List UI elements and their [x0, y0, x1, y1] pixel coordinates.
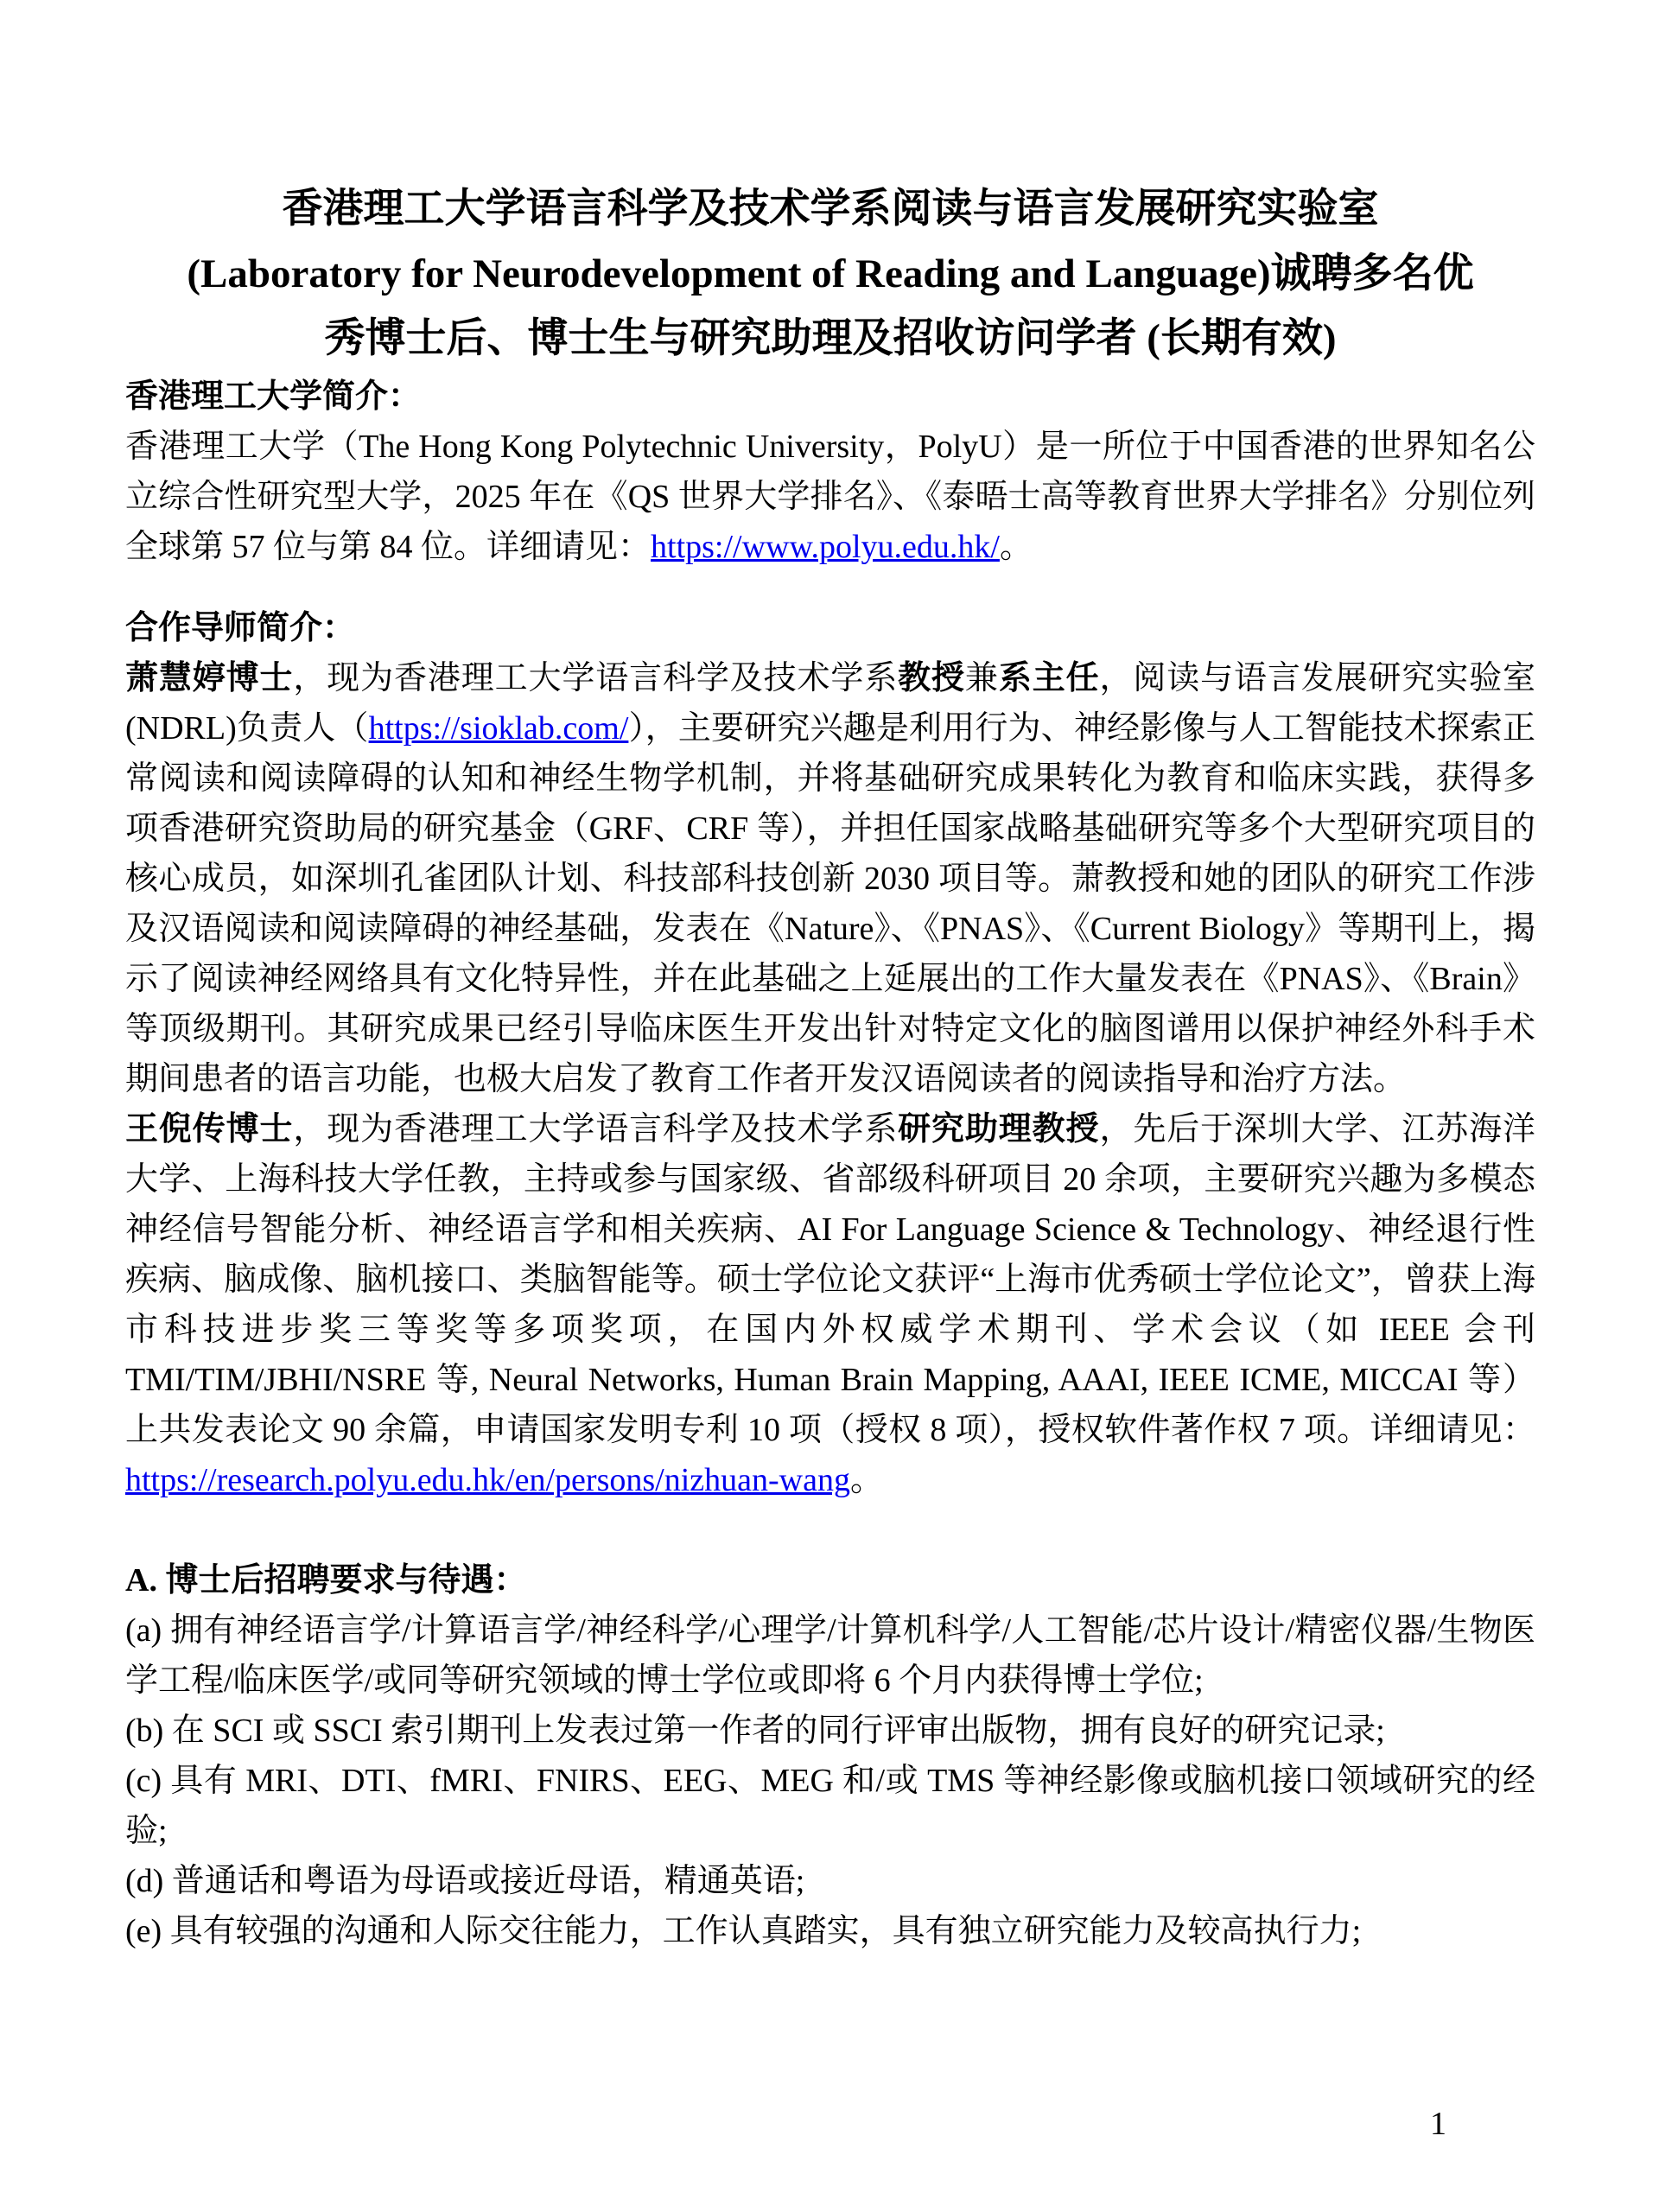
mentor-name-wang: 王倪传博士 [125, 1111, 293, 1147]
polyu-intro-period: 。 [1000, 529, 1033, 565]
paragraph-mentor-wang: 王倪传博士，现为香港理工大学语言科学及技术学系研究助理教授，先后于深圳大学、江苏… [125, 1104, 1535, 1505]
postdoc-item-b: (b) 在 SCI 或 SSCI 索引期刊上发表过第一作者的同行评审出版物，拥有… [125, 1706, 1535, 1756]
page-number: 1 [1430, 2105, 1446, 2143]
wang-text-2: ，先后于深圳大学、江苏海洋大学、上海科技大学任教，主持或参与国家级、省部级科研项… [125, 1111, 1535, 1448]
siok-title-professor: 教授 [898, 660, 965, 696]
postdoc-item-e: (e) 具有较强的沟通和人际交往能力，工作认真踏实，具有独立研究能力及较高执行力… [125, 1906, 1535, 1956]
postdoc-item-d: (d) 普通话和粤语为母语或接近母语，精通英语; [125, 1856, 1535, 1906]
siok-text-1: ，现为香港理工大学语言科学及技术学系 [293, 660, 898, 696]
link-polyu-website[interactable]: https://www.polyu.edu.hk/ [651, 529, 1000, 565]
postdoc-item-c: (c) 具有 MRI、DTI、fMRI、FNIRS、EEG、MEG 和/或 TM… [125, 1756, 1535, 1856]
section-heading-postdoc: A. 博士后招聘要求与待遇： [125, 1555, 1535, 1605]
title-line-1: 香港理工大学语言科学及技术学系阅读与语言发展研究实验室 [125, 177, 1535, 242]
section-heading-mentors: 合作导师简介： [125, 603, 1535, 653]
siok-text-2: 兼 [965, 660, 999, 696]
document-title: 香港理工大学语言科学及技术学系阅读与语言发展研究实验室(Laboratory f… [125, 177, 1535, 372]
postdoc-item-a: (a) 拥有神经语言学/计算语言学/神经科学/心理学/计算机科学/人工智能/芯片… [125, 1605, 1535, 1706]
wang-text-3: 。 [850, 1462, 883, 1498]
title-line-2: (Laboratory for Neurodevelopment of Read… [125, 242, 1535, 307]
paragraph-polyu-intro: 香港理工大学（The Hong Kong Polytechnic Univers… [125, 422, 1535, 572]
link-wang-profile[interactable]: https://research.polyu.edu.hk/en/persons… [125, 1462, 850, 1498]
section-heading-polyu-intro: 香港理工大学简介： [125, 372, 1535, 422]
mentor-name-siok: 萧慧婷博士 [125, 660, 293, 696]
siok-text-4: ），主要研究兴趣是利用行为、神经影像与人工智能技术探索正常阅读和阅读障碍的认知和… [125, 710, 1535, 1097]
link-sioklab[interactable]: https://sioklab.com/ [369, 710, 629, 747]
document-page: 香港理工大学语言科学及技术学系阅读与语言发展研究实验室(Laboratory f… [0, 0, 1659, 2212]
siok-title-head: 系主任 [999, 660, 1100, 696]
title-line-3: 秀博士后、博士生与研究助理及招收访问学者 (长期有效) [125, 307, 1535, 372]
paragraph-mentor-siok: 萧慧婷博士，现为香港理工大学语言科学及技术学系教授兼系主任，阅读与语言发展研究实… [125, 653, 1535, 1104]
wang-title-rap: 研究助理教授 [898, 1111, 1099, 1147]
wang-text-1: ，现为香港理工大学语言科学及技术学系 [293, 1111, 898, 1147]
